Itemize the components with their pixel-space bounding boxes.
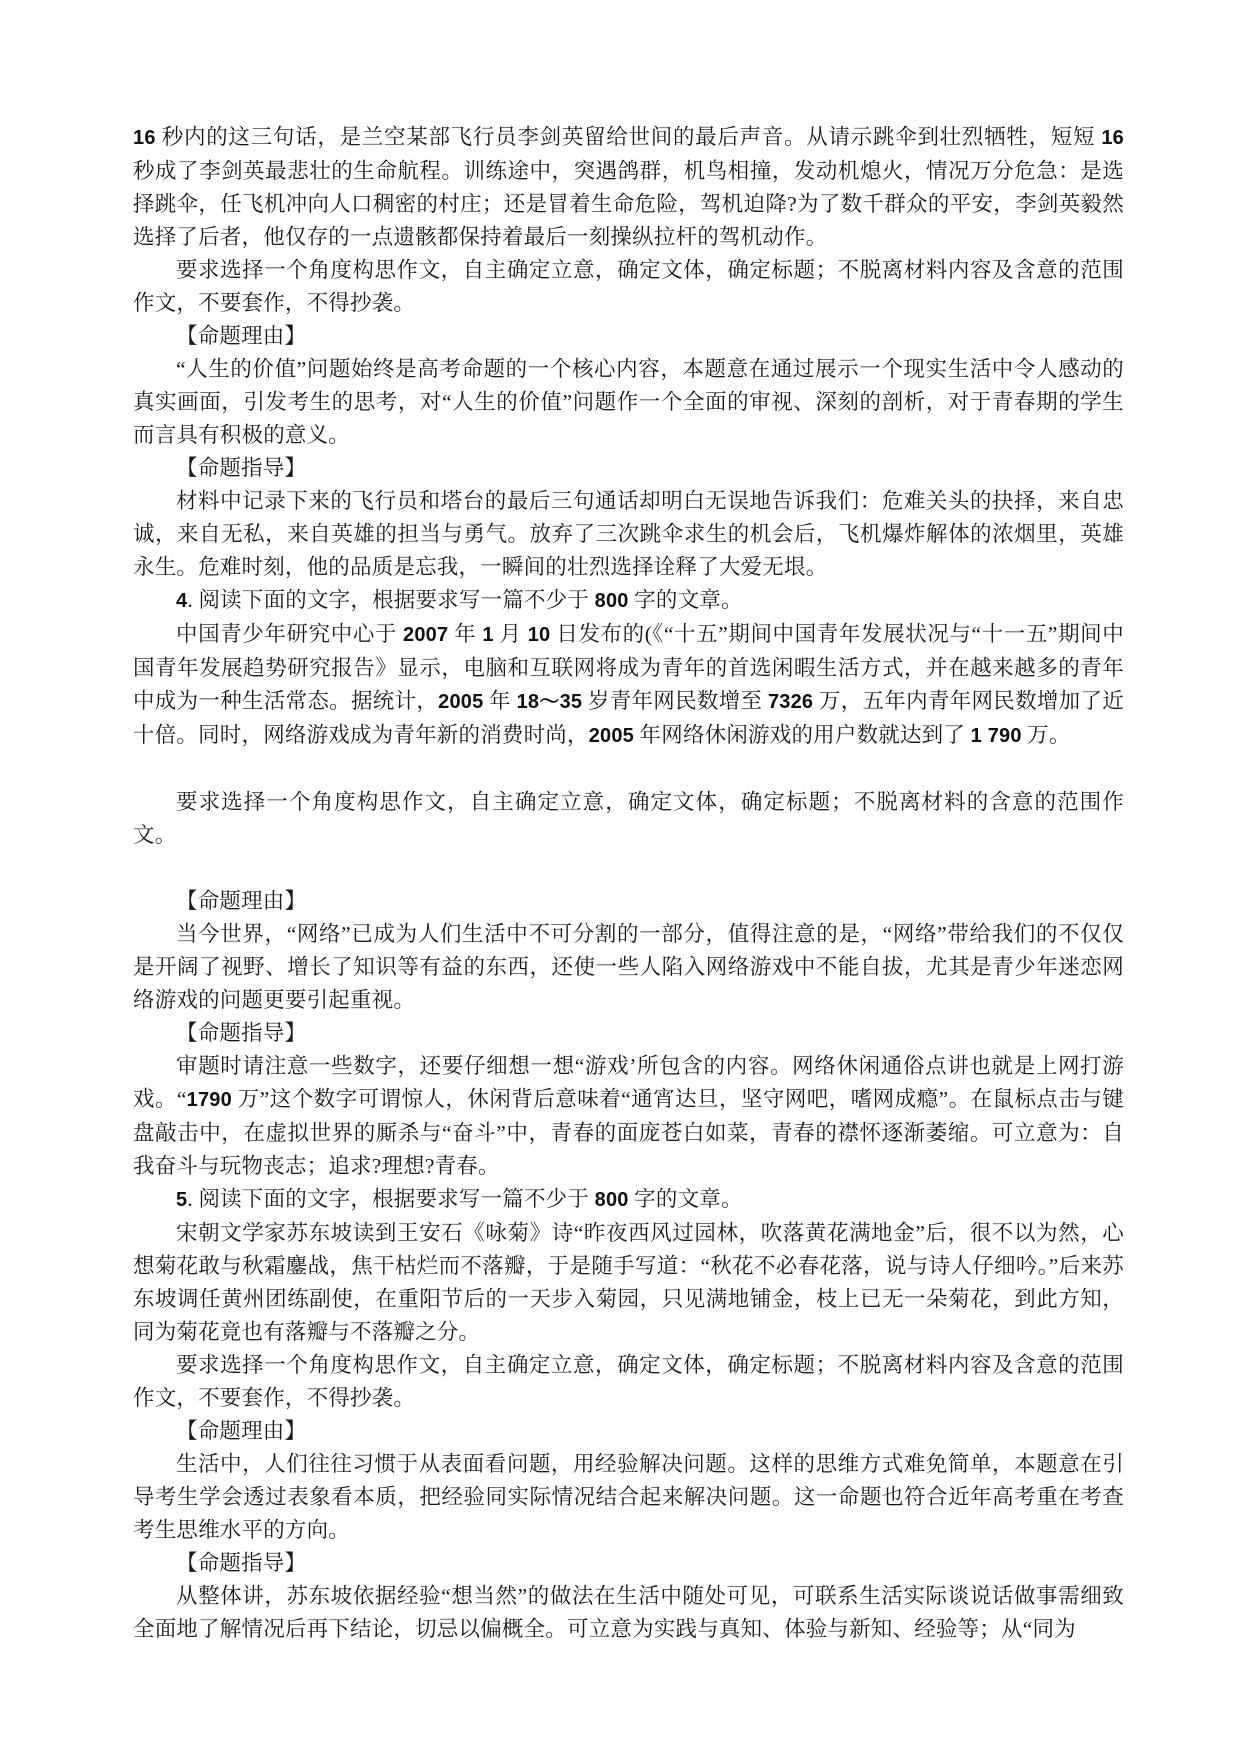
continued-material-paragraph: 16 秒内的这三句话，是兰空某部飞行员李剑英留给世间的最后声音。从请示跳伞到壮烈… <box>133 121 1124 254</box>
bracket-heading-reason: 【命题理由】 <box>133 320 1124 353</box>
blank-line <box>133 852 1124 885</box>
blank-line <box>133 753 1124 786</box>
bracket-heading-guidance: 【命题指导】 <box>133 1547 1124 1580</box>
document-page: 16 秒内的这三句话，是兰空某部飞行员李剑英留给世间的最后声音。从请示跳伞到壮烈… <box>0 0 1241 1754</box>
bracket-heading-reason: 【命题理由】 <box>133 1415 1124 1448</box>
question-4-title: 4. 阅读下面的文字，根据要求写一篇不少于 800 字的文章。 <box>133 584 1124 618</box>
requirement-paragraph: 要求选择一个角度构思作文，自主确定立意，确定文体，确定标题；不脱离材料内容及含意… <box>133 1349 1124 1415</box>
bracket-heading-reason: 【命题理由】 <box>133 885 1124 918</box>
reason-paragraph: 生活中，人们往往习惯于从表面看问题，用经验解决问题。这样的思维方式难免简单，本题… <box>133 1448 1124 1547</box>
reason-paragraph: 当今世界，“网络”已成为人们生活中不可分割的一部分，值得注意的是，“网络”带给我… <box>133 918 1124 1017</box>
document-body: 16 秒内的这三句话，是兰空某部飞行员李剑英留给世间的最后声音。从请示跳伞到壮烈… <box>133 121 1124 1646</box>
question-4-material-paragraph: 中国青少年研究中心于 2007 年 1 月 10 日发布的(《“十五”期间中国青… <box>133 618 1124 753</box>
bracket-heading-guidance: 【命题指导】 <box>133 452 1124 485</box>
guidance-paragraph: 从整体讲，苏东坡依据经验“想当然”的做法在生活中随处可见，可联系生活实际谈说话做… <box>133 1580 1124 1646</box>
bracket-heading-guidance: 【命题指导】 <box>133 1017 1124 1050</box>
requirement-paragraph: 要求选择一个角度构思作文，自主确定立意，确定文体，确定标题；不脱离材料的含意的范… <box>133 786 1124 852</box>
guidance-paragraph: 材料中记录下来的飞行员和塔台的最后三句通话却明白无误地告诉我们：危难关头的抉择，… <box>133 485 1124 584</box>
question-5-title: 5. 阅读下面的文字，根据要求写一篇不少于 800 字的文章。 <box>133 1183 1124 1217</box>
requirement-paragraph: 要求选择一个角度构思作文，自主确定立意，确定文体，确定标题；不脱离材料内容及含意… <box>133 254 1124 320</box>
question-5-material-paragraph: 宋朝文学家苏东坡读到王安石《咏菊》诗“昨夜西风过园林，吹落黄花满地金”后，很不以… <box>133 1217 1124 1349</box>
reason-paragraph: “人生的价值”问题始终是高考命题的一个核心内容，本题意在通过展示一个现实生活中令… <box>133 353 1124 452</box>
guidance-paragraph: 审题时请注意一些数字，还要仔细想一想“游戏’所包含的内容。网络休闲通俗点讲也就是… <box>133 1050 1124 1183</box>
